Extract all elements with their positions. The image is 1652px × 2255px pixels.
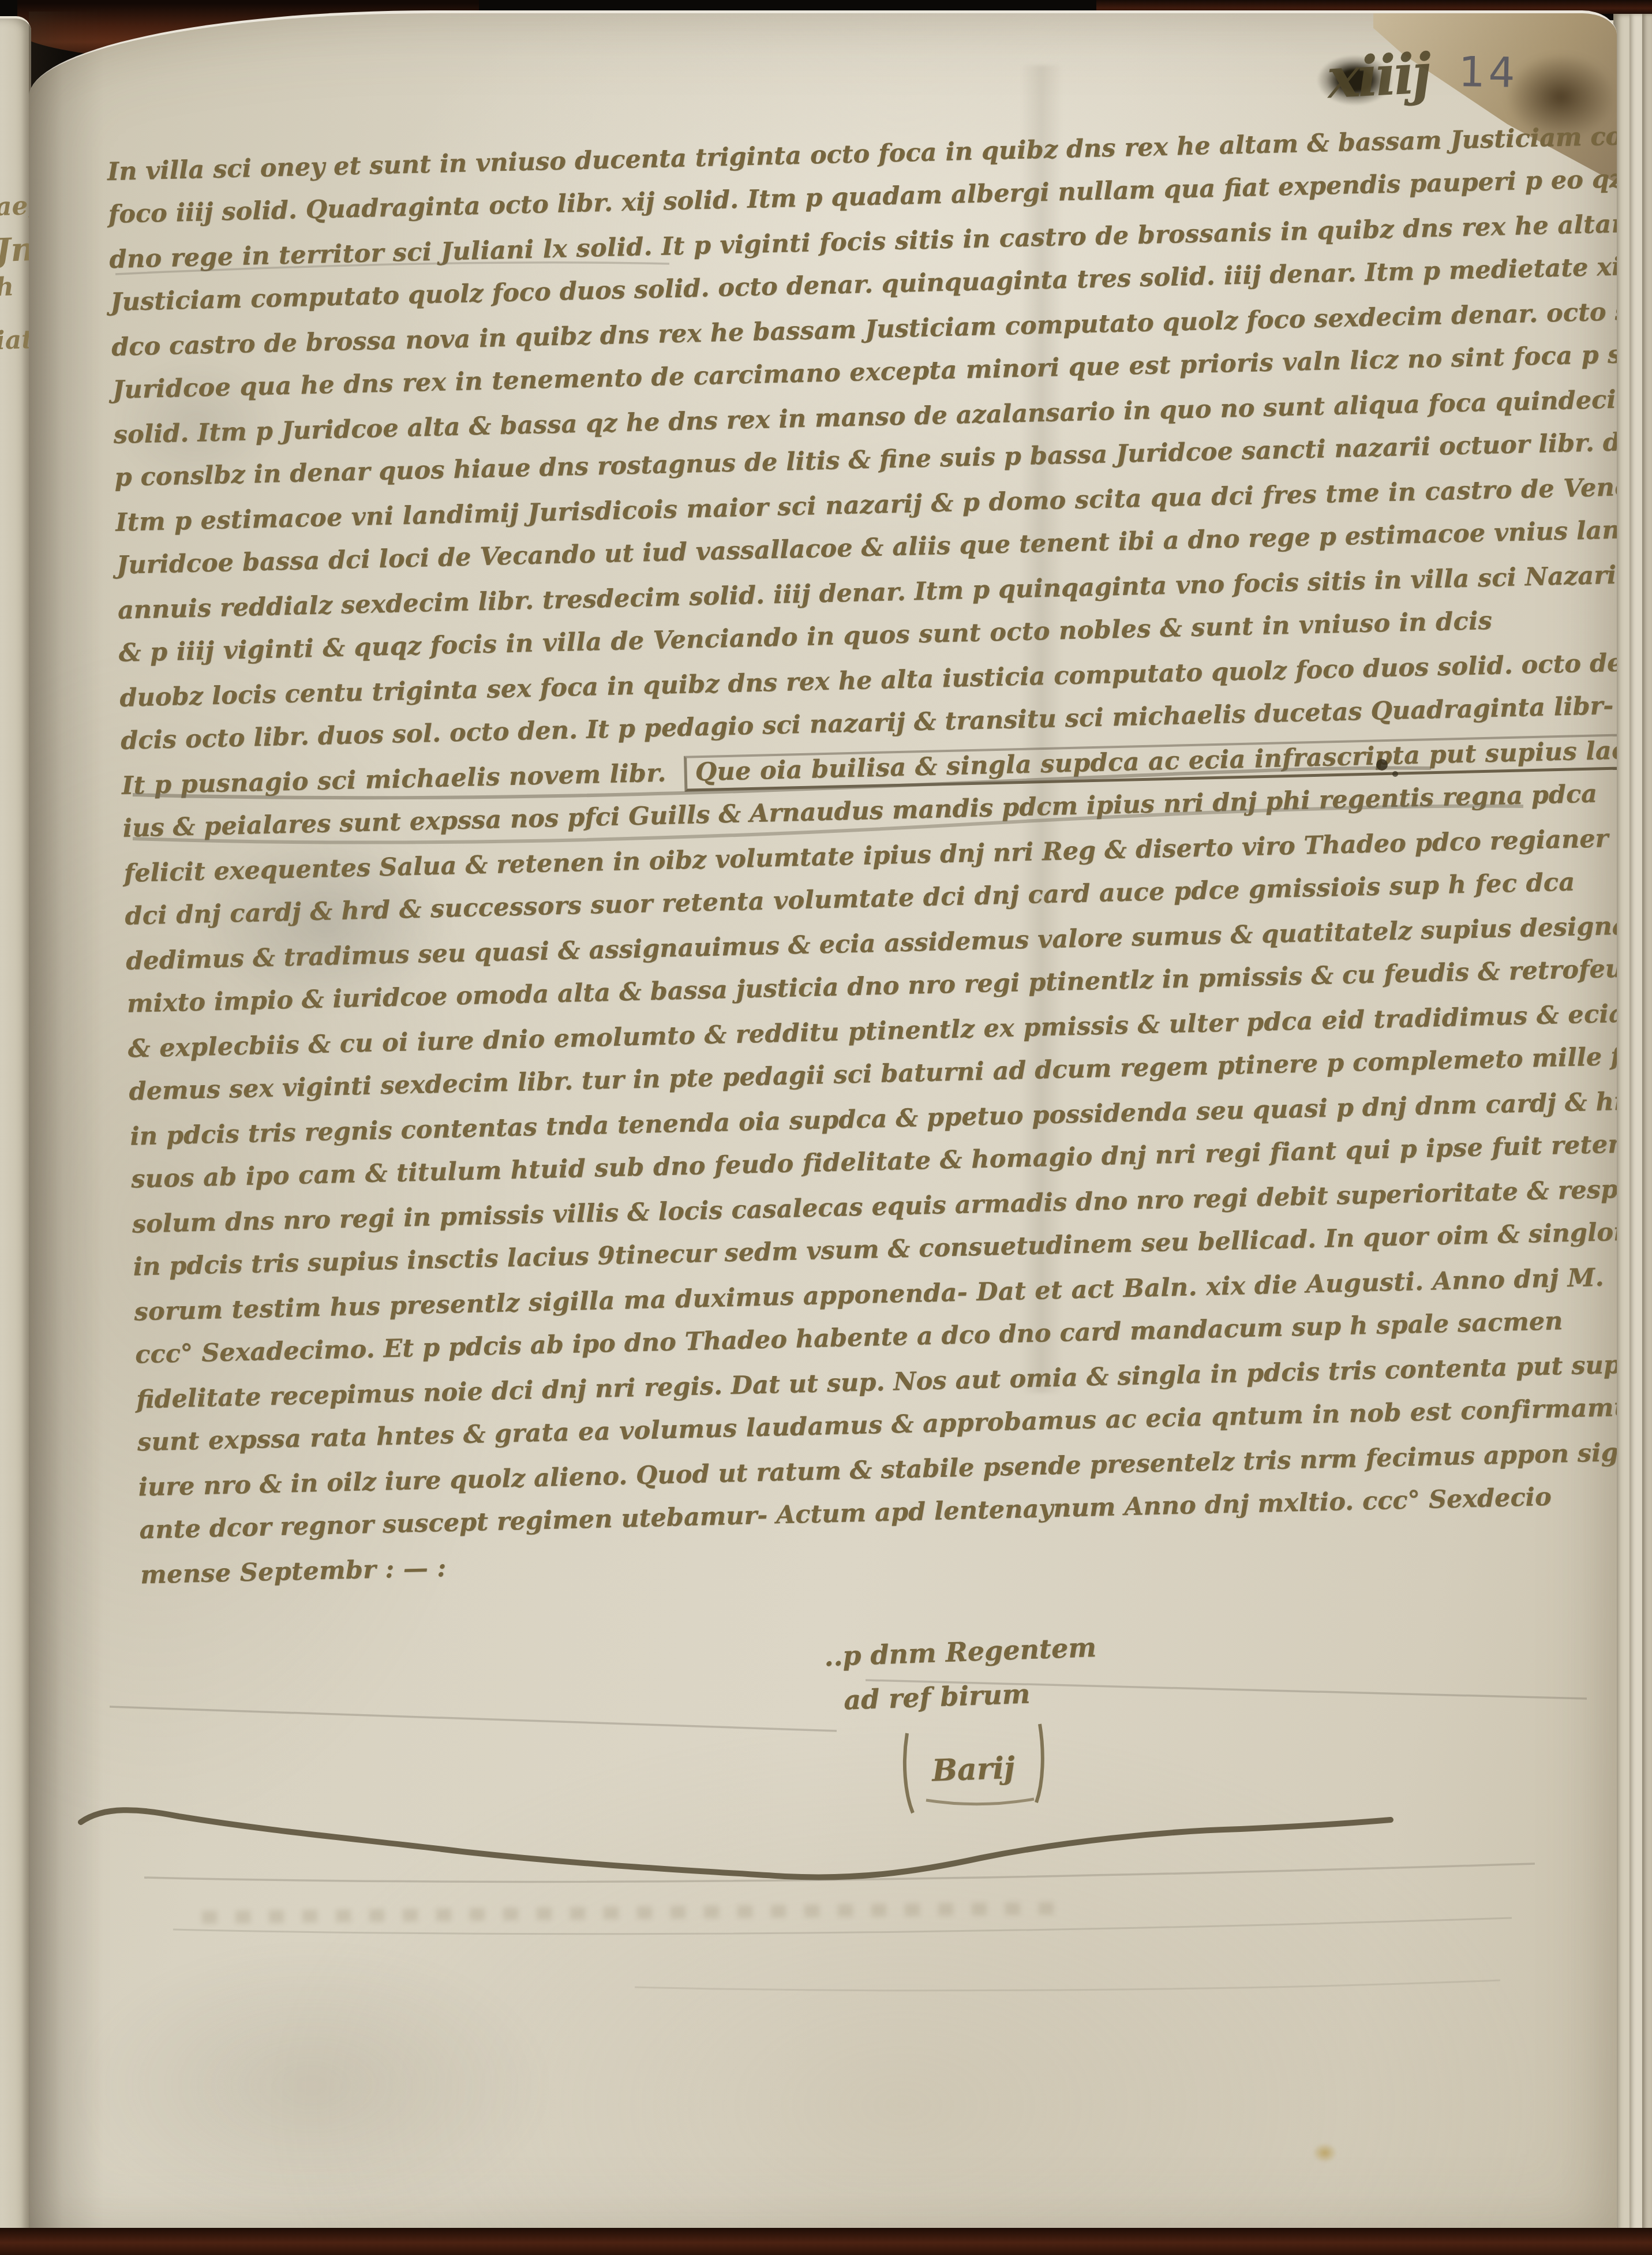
folio-number-ink: xiiij xyxy=(1325,40,1430,111)
signature-line: ad ref birum xyxy=(843,1678,1031,1715)
signature-box-left xyxy=(905,1733,913,1813)
margin-text-fragment: ae, xyxy=(0,191,31,222)
fore-edge-page-stack xyxy=(1629,14,1642,2241)
main-text-block: In villa sci oney et sunt in vniuso duce… xyxy=(107,114,1617,1596)
fore-edge-page-stack xyxy=(1642,14,1652,2241)
folio-number-pencil: 14 xyxy=(1458,47,1519,97)
show-through-text-ghost xyxy=(202,1902,1067,1924)
margin-text-fragment: iat xyxy=(0,325,31,356)
text-line-prefix: It p pusnagio sci michaelis novem libr. xyxy=(121,758,666,800)
margin-text-fragment: h xyxy=(0,272,14,302)
parchment-discoloration xyxy=(75,1947,548,2224)
stain-spot xyxy=(1313,2143,1337,2163)
closing-wavy-line xyxy=(81,1810,1391,1877)
signature-name: Barij xyxy=(931,1751,1016,1789)
facing-page-strip: ae, Jn h iat xyxy=(0,16,31,2238)
book-binding-bottom xyxy=(0,2228,1652,2255)
signature-line: ..p dnm Regentem xyxy=(823,1632,1097,1672)
margin-text-fragment: Jn xyxy=(0,230,31,270)
signature-underline xyxy=(926,1799,1034,1804)
signature-box-right xyxy=(1036,1724,1043,1802)
scan-backdrop: ae, Jn h iat xiiij 14 In villa sci oney … xyxy=(0,0,1652,2255)
manuscript-page: xiiij 14 In villa sci oney et sunt in vn… xyxy=(29,10,1617,2241)
